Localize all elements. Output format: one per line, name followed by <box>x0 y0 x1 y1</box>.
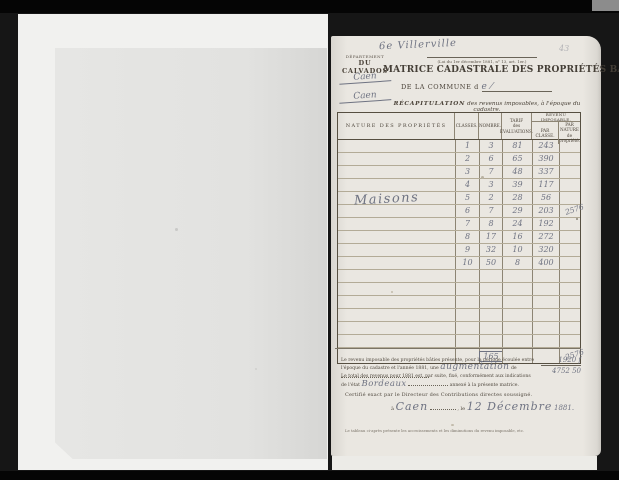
cell-tarif <box>502 283 532 295</box>
par-classe-value: 400 <box>538 259 553 267</box>
cell-nombre: 50 <box>479 257 502 269</box>
table-header: NATURE DES PROPRIÉTÉS CLASSES. NOMBRE. T… <box>338 113 580 140</box>
tarif-value: 81 <box>512 142 522 150</box>
nombre-value: 8 <box>488 220 493 228</box>
classe-value: 4 <box>465 181 470 189</box>
law-reference-note: (Loi du 1er décembre 1881, n° 13, art. 1… <box>427 57 537 64</box>
cell-par-nature: 2576 <box>559 205 580 217</box>
under-page-bottom-strip <box>332 456 597 470</box>
tarif-value: 48 <box>512 168 522 176</box>
dotted-leader <box>408 380 448 386</box>
cell-par-nature <box>559 296 580 308</box>
nombre-value: 3 <box>488 142 493 150</box>
paper-speck <box>576 218 578 220</box>
dotted-leader <box>430 404 456 410</box>
paper-speck <box>391 291 393 293</box>
cell-par-nature <box>559 140 580 152</box>
tarif-value: 16 <box>512 233 522 241</box>
classe-value: 6 <box>465 207 470 215</box>
table-row: 4339117 <box>338 179 580 192</box>
cell-classe: 6 <box>455 205 479 217</box>
table-row <box>338 270 580 283</box>
cell-nombre: 3 <box>479 179 502 191</box>
cell-tarif: 65 <box>502 153 532 165</box>
p2-line2b: annexé à la présente matrice. <box>450 383 519 388</box>
cell-nombre: 3 <box>479 140 502 152</box>
cell-par-classe <box>532 322 559 334</box>
form-title: MATRICE CADASTRALE DES PROPRIÉTÉS BATIES <box>383 65 583 75</box>
cell-tarif <box>502 322 532 334</box>
place-handwriting-caen: Caen <box>396 400 429 413</box>
table-row <box>338 322 580 335</box>
table-row <box>338 296 580 309</box>
tarif-value: 10 <box>512 246 522 254</box>
classe-value: 8 <box>465 233 470 241</box>
cell-par-nature <box>559 309 580 321</box>
footer-amounts: 1920 f 4752 50 <box>541 356 581 375</box>
cell-par-nature <box>559 322 580 334</box>
tarif-value: 65 <box>512 155 522 163</box>
cell-classe <box>455 335 479 347</box>
header-revenu-group: REVENU IMPOSABLE. PAR CLASSE. PAR NATURE… <box>531 113 580 139</box>
cell-classe: 4 <box>455 179 479 191</box>
cell-par-nature <box>559 192 580 204</box>
tarif-value: 39 <box>512 181 522 189</box>
par-classe-value: 337 <box>538 168 553 176</box>
footer-paragraph-2: Le total des revenus pour 1881 est, par … <box>341 374 537 389</box>
classe-value: 3 <box>465 168 470 176</box>
table-row <box>338 335 580 348</box>
scanner-top-bar <box>0 0 619 13</box>
commune-handwriting-top: 6e Villerville <box>379 35 529 53</box>
cell-nature <box>338 283 455 295</box>
nombre-value: 7 <box>488 207 493 215</box>
par-classe-value: 320 <box>538 246 553 254</box>
cell-nombre <box>479 296 502 308</box>
cell-nombre <box>479 322 502 334</box>
cell-par-nature <box>559 257 580 269</box>
date-handwriting: 12 Décembre <box>467 400 553 413</box>
p1-handwriting-augmentation: augmentation <box>440 362 509 372</box>
cell-nature <box>338 322 455 334</box>
date-le: , le <box>457 406 465 412</box>
cell-nature <box>338 335 455 347</box>
nombre-value: 2 <box>488 194 493 202</box>
year-value: 1881. <box>554 404 574 412</box>
par-classe-value: 56 <box>541 194 551 202</box>
table-body: 1381243266539037483374339117522856672920… <box>338 140 580 348</box>
paper-speck <box>255 368 257 370</box>
header-classes: CLASSES. <box>454 113 478 139</box>
table-bottom-rule <box>335 348 581 349</box>
commune-prefix: DE LA COMMUNE d <box>401 83 479 91</box>
amount-2: 4752 50 <box>541 366 581 375</box>
cell-classe <box>455 309 479 321</box>
par-classe-value: 192 <box>538 220 553 228</box>
cell-nombre: 8 <box>479 218 502 230</box>
table-row: 1381243 <box>338 140 580 153</box>
paper-speck <box>451 424 454 426</box>
tarif-value: 24 <box>512 220 522 228</box>
p2-handwriting-etat: Bordeaux <box>361 379 406 389</box>
cell-par-classe: 400 <box>532 257 559 269</box>
cell-nombre: 7 <box>479 205 502 217</box>
tarif-value: 28 <box>512 194 522 202</box>
cell-tarif <box>502 296 532 308</box>
cell-tarif: 8 <box>502 257 532 269</box>
cell-par-classe <box>532 309 559 321</box>
table-row: 81716272 <box>338 231 580 244</box>
par-classe-value: 203 <box>538 207 553 215</box>
page-number-handwritten: 43 <box>559 44 569 53</box>
cell-par-nature <box>559 179 580 191</box>
footnote-small-print: Le tableau ci-après présente les accrois… <box>345 428 575 433</box>
par-classe-value: 243 <box>538 142 553 150</box>
cell-par-classe: 337 <box>532 166 559 178</box>
cell-classe <box>455 270 479 282</box>
par-classe-value: 117 <box>538 181 553 189</box>
cell-nombre <box>479 270 502 282</box>
cell-nature <box>338 270 455 282</box>
commune-line: DE LA COMMUNE d e ⁄ <box>401 83 561 92</box>
amount-1: 1920 f <box>541 356 581 366</box>
cell-nature <box>338 309 455 321</box>
cell-classe: 1 <box>455 140 479 152</box>
cell-par-nature <box>559 153 580 165</box>
cell-classe: 5 <box>455 192 479 204</box>
cell-nature <box>338 296 455 308</box>
nombre-value: 32 <box>486 246 496 254</box>
left-blank-page <box>55 48 327 459</box>
cell-nombre <box>479 335 502 347</box>
cell-nature <box>338 257 455 269</box>
table-row: 7824192 <box>338 218 580 231</box>
cell-tarif: 28 <box>502 192 532 204</box>
cell-classe <box>455 322 479 334</box>
paper-speck <box>175 228 178 231</box>
classe-value: 10 <box>462 259 472 267</box>
nombre-value: 7 <box>488 168 493 176</box>
cell-classe <box>455 283 479 295</box>
cell-par-classe: 56 <box>532 192 559 204</box>
cell-classe: 7 <box>455 218 479 230</box>
cell-tarif <box>502 270 532 282</box>
cell-tarif: 10 <box>502 244 532 256</box>
table-row: 10508400 <box>338 257 580 270</box>
cell-tarif <box>502 309 532 321</box>
nombre-value: 6 <box>488 155 493 163</box>
cell-par-nature <box>559 231 580 243</box>
cell-par-classe: 272 <box>532 231 559 243</box>
scanner-corner-patch <box>592 0 619 11</box>
cell-tarif: 16 <box>502 231 532 243</box>
cell-classe: 9 <box>455 244 479 256</box>
cell-par-classe <box>532 270 559 282</box>
cell-par-nature <box>559 270 580 282</box>
par-classe-value: 390 <box>538 155 553 163</box>
nombre-value: 50 <box>486 259 496 267</box>
tarif-value: 8 <box>515 259 520 267</box>
table-row: 93210320 <box>338 244 580 257</box>
cell-par-nature <box>559 335 580 347</box>
place-date-line: à Caen , le 12 Décembre 1881. <box>391 400 591 413</box>
margin-handwriting-canton: Caen <box>339 89 392 104</box>
paper-speck <box>481 176 484 179</box>
table-row: 3748337 <box>338 166 580 179</box>
cell-tarif: 24 <box>502 218 532 230</box>
par-classe-value: 272 <box>538 233 553 241</box>
cell-par-nature <box>559 166 580 178</box>
recapitulation-table: NATURE DES PROPRIÉTÉS CLASSES. NOMBRE. T… <box>337 112 581 364</box>
header-nature: NATURE DES PROPRIÉTÉS <box>338 113 454 139</box>
cell-nombre <box>479 309 502 321</box>
cell-tarif: 81 <box>502 140 532 152</box>
cell-nature <box>338 244 455 256</box>
cell-par-classe <box>532 283 559 295</box>
cell-classe: 8 <box>455 231 479 243</box>
classe-value: 5 <box>465 194 470 202</box>
nombre-value: 3 <box>488 181 493 189</box>
cell-nature <box>338 153 455 165</box>
commune-handwriting-fill: e ⁄ <box>482 84 552 92</box>
classe-value: 1 <box>465 142 470 150</box>
cell-nature <box>338 218 455 230</box>
header-par-nature-l1: PAR NATURE <box>559 122 580 133</box>
cell-nombre <box>479 283 502 295</box>
header-revenu-title: REVENU IMPOSABLE. <box>532 113 580 122</box>
cell-par-nature <box>559 244 580 256</box>
cell-par-classe: 390 <box>532 153 559 165</box>
cell-classe: 3 <box>455 166 479 178</box>
cell-par-classe <box>532 296 559 308</box>
cell-par-classe: 192 <box>532 218 559 230</box>
cell-nature <box>338 140 455 152</box>
cell-par-classe: 243 <box>532 140 559 152</box>
cell-tarif: 29 <box>502 205 532 217</box>
table-row: 2665390 <box>338 153 580 166</box>
p1-une: une <box>430 366 439 371</box>
cell-tarif: 39 <box>502 179 532 191</box>
cell-par-classe: 117 <box>532 179 559 191</box>
cell-par-nature <box>559 283 580 295</box>
classe-value: 9 <box>465 246 470 254</box>
cell-classe: 10 <box>455 257 479 269</box>
tarif-value: 29 <box>512 207 522 215</box>
nombre-value: 17 <box>486 233 496 241</box>
cell-nombre: 17 <box>479 231 502 243</box>
cell-par-classe <box>532 335 559 347</box>
cell-tarif: 48 <box>502 166 532 178</box>
p1-de: de <box>511 366 517 371</box>
cell-nombre: 6 <box>479 153 502 165</box>
classe-value: 7 <box>465 220 470 228</box>
cell-nombre: 32 <box>479 244 502 256</box>
recap-lead: RÉCAPITULATION <box>394 101 466 107</box>
cell-par-classe: 203 <box>532 205 559 217</box>
cell-par-classe: 320 <box>532 244 559 256</box>
header-tarif-l3: ÉVALUATIONS. <box>500 129 533 134</box>
certification-line: Certifié exact par le Directeur des Cont… <box>345 392 565 398</box>
cell-classe: 2 <box>455 153 479 165</box>
classe-value: 2 <box>465 155 470 163</box>
cell-classe <box>455 296 479 308</box>
par-nature-value: 2576 <box>564 203 585 217</box>
cell-nature <box>338 231 455 243</box>
cell-nature <box>338 166 455 178</box>
matrice-form-page: DÉPARTEMENT DU CALVADOS Caen Caen 6e Vil… <box>331 36 601 456</box>
cell-nombre: 2 <box>479 192 502 204</box>
scanner-bottom-bar <box>0 471 619 480</box>
cell-tarif <box>502 335 532 347</box>
header-tarif: TARIF des ÉVALUATIONS. <box>501 113 531 139</box>
header-nombre: NOMBRE. <box>478 113 501 139</box>
table-row <box>338 283 580 296</box>
place-a: à <box>391 406 394 412</box>
table-row <box>338 309 580 322</box>
